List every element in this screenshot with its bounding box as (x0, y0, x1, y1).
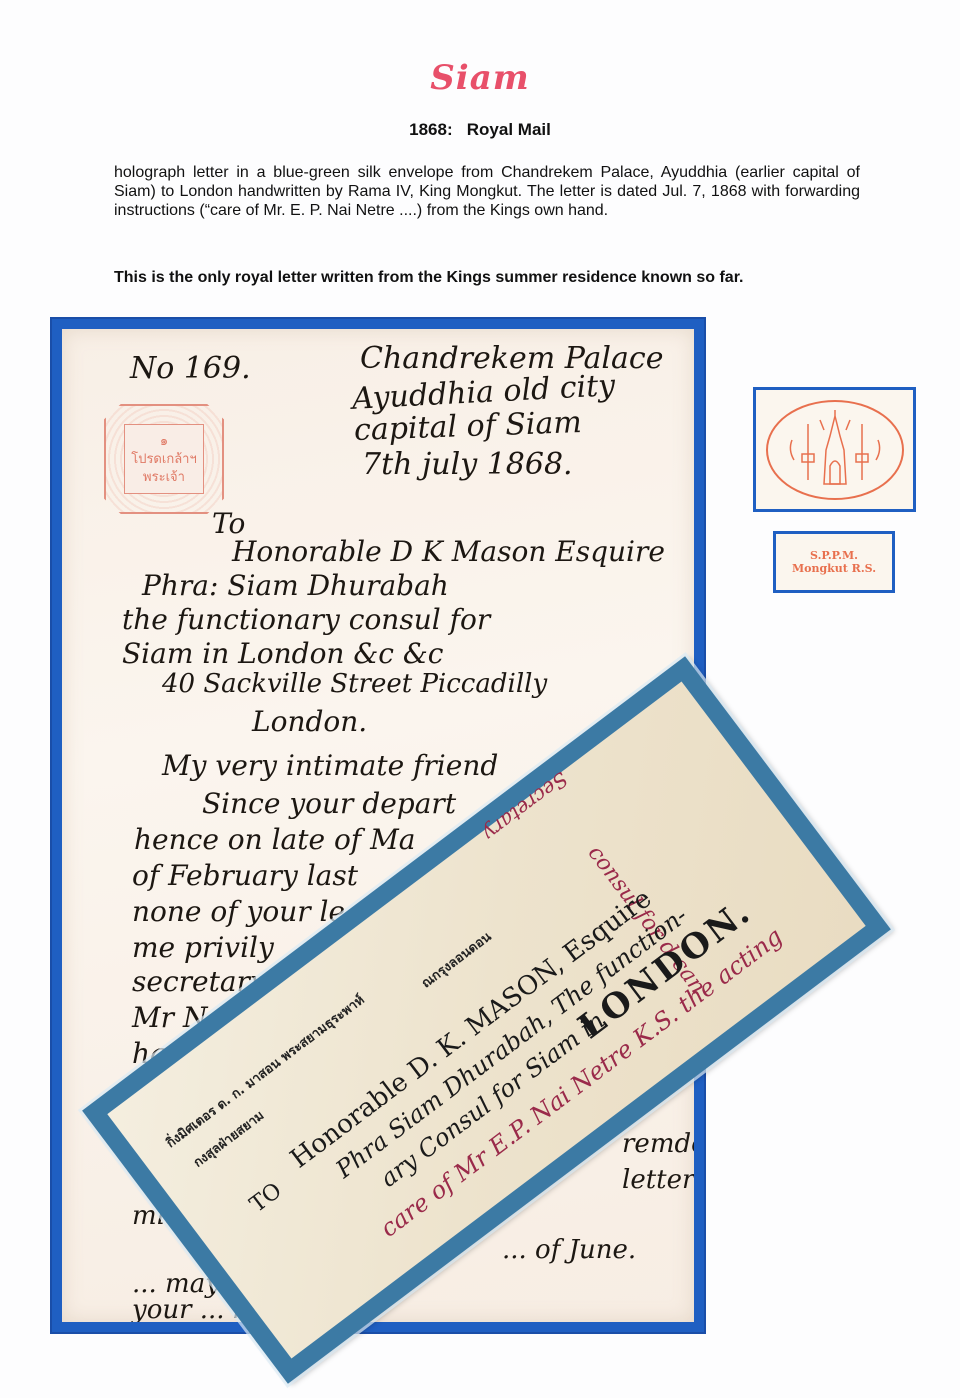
royal-oval-seal (753, 387, 916, 512)
letter-body-line: ... of June. (502, 1235, 636, 1265)
letter-number: No 169. (130, 351, 251, 386)
seal-text-line: โปรดเกล้าฯ (131, 450, 197, 468)
seal-text: S.P.P.M. Mongkut R.S. (792, 549, 876, 575)
exhibit-highlight: This is the only royal letter written fr… (114, 269, 874, 287)
letter-body-line: the functionary consul for (122, 603, 490, 636)
letter-body-line: London. (252, 705, 367, 738)
letter-heading-line: 7th july 1868. (362, 447, 573, 482)
letter-body-line: hence on late of Ma (134, 823, 415, 856)
royal-crest-seal-icon (766, 400, 904, 500)
seal-text-line: ๑ (160, 432, 168, 450)
mongkut-signature-seal: S.P.P.M. Mongkut R.S. (773, 531, 895, 593)
envelope-thai-address-line3: ณกรุงลอนดอน (417, 926, 496, 993)
letter-body-line: of February last (132, 859, 358, 892)
octagonal-seal-icon: ๑ โปรดเกล้าฯ พระเจ้า (104, 404, 224, 514)
letter-body-line: remder (622, 1129, 694, 1159)
letter-heading-line: Chandrekem Palace (360, 341, 663, 376)
exhibit-description: holograph letter in a blue-green silk en… (114, 163, 860, 220)
exhibit-subtitle: 1868: Royal Mail (0, 120, 960, 140)
envelope-to: TO (246, 1178, 287, 1218)
seal-initials: S.P.P.M. (792, 549, 876, 562)
seal-name: Mongkut R.S. (792, 562, 876, 575)
letter-body-line: none of your le (132, 895, 345, 928)
crown-pagoda-icon (780, 410, 890, 490)
letter-body-line: me privily (132, 931, 274, 964)
letter-body-line: Since your depart (202, 787, 456, 820)
seal-text-line: พระเจ้า (143, 468, 185, 486)
letter-body-line: letter (622, 1165, 694, 1195)
letter-heading-line: capital of Siam (353, 405, 582, 448)
page-title-siam: Siam (0, 58, 960, 98)
letter-body-line: Siam in London &c &c (122, 637, 443, 670)
letter-body-line: Honorable D K Mason Esquire (232, 535, 665, 568)
letter-body-line: My very intimate friend (162, 749, 498, 782)
letter-body-line: 40 Sackville Street Piccadilly (162, 669, 547, 699)
letter-body-line: Phra: Siam Dhurabah (142, 569, 449, 602)
